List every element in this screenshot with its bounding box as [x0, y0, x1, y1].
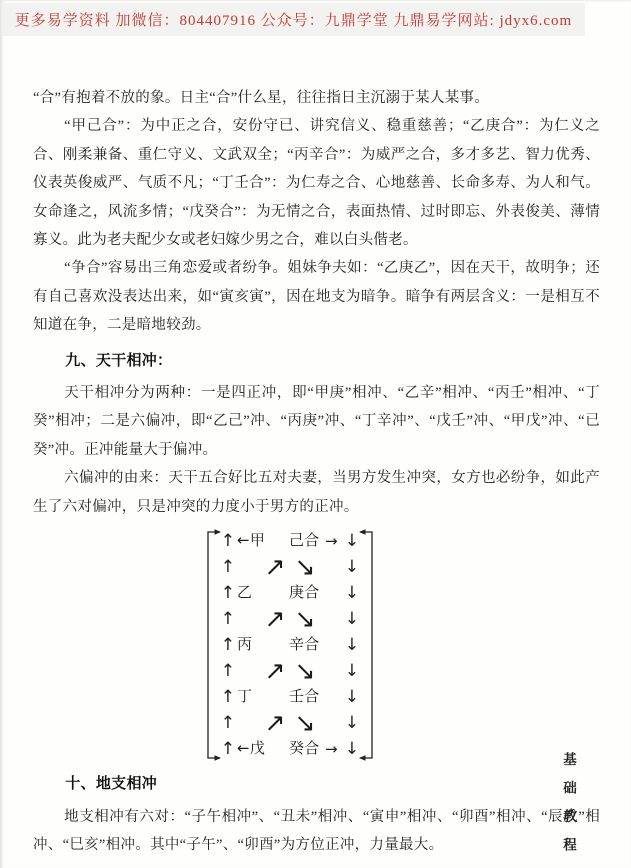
up-arrow-icon: ↑: [219, 657, 237, 685]
side-vertical-label: 基础教程: [558, 752, 578, 866]
diagram-row-diagonal: ↑ ↗↘ ↓: [219, 606, 361, 632]
up-arrow-icon: ↑: [219, 683, 237, 711]
down-arrow-icon: ↓: [343, 605, 361, 633]
stem-char: 甲: [250, 533, 265, 549]
up-arrow-icon: ↑: [219, 605, 237, 633]
section-heading-10: 十、地支相冲: [33, 770, 600, 798]
diagram-row-diagonal: ↑ ↗↘ ↓: [219, 710, 361, 736]
diagram-row-wu-gui: ↑ ←戊 癸合 → ↓: [219, 736, 361, 762]
diagram-row-diagonal: ↑ ↗↘ ↓: [219, 554, 361, 580]
diagram-row-yi-geng: ↑ 乙 庚合 ↓: [219, 580, 361, 606]
down-arrow-icon: ↓: [343, 631, 361, 659]
paragraph-pianchong-origin: 六偏冲的由来：天干五合好比五对夫妻，当男方发生冲突，女方也必纷争，如此产生了六对…: [33, 464, 600, 521]
diagonal-arrows-icon: ↗↘: [237, 658, 343, 684]
left-arrow-icon: ←: [237, 531, 250, 549]
down-arrow-icon: ↓: [343, 683, 361, 711]
page-content: “合”有抱着不放的象。日主“合”什么星，往往指日主沉溺于某人某事。 “甲己合”：…: [33, 84, 600, 859]
right-arrow-icon: →: [325, 527, 343, 555]
diagram-row-diagonal: ↑ ↗↘ ↓: [219, 658, 361, 684]
right-arrow-icon: →: [325, 735, 343, 763]
header-bar: 更多易学资料 加微信：804407916 公众号：九鼎学堂 九鼎易学网站: jd…: [2, 3, 585, 36]
down-arrow-icon: ↓: [343, 735, 361, 763]
combine-label: 壬合: [289, 683, 325, 711]
combine-label: 庚合: [289, 579, 325, 607]
paragraph-five-combinations: “甲己合”：为中正之合，安份守已、讲究信义、稳重慈善；“乙庚合”：为仁义之合、刚…: [33, 112, 600, 254]
down-arrow-icon: ↓: [343, 527, 361, 555]
diagram-row-jia-ji: ↑ ←甲 己合 → ↓: [219, 528, 361, 554]
stem-char: 丙: [237, 637, 252, 653]
diagonal-arrows-icon: ↗↘: [237, 554, 343, 580]
paragraph-he-intro: “合”有抱着不放的象。日主“合”什么星，往往指日主沉溺于某人某事。: [33, 84, 600, 112]
section-heading-9: 九、天干相冲：: [33, 347, 600, 375]
right-bracket-icon: [359, 527, 375, 763]
down-arrow-icon: ↓: [343, 657, 361, 685]
up-arrow-icon: ↑: [219, 527, 237, 555]
up-arrow-icon: ↑: [219, 553, 237, 581]
diagram-row-ding-ren: ↑ 丁 壬合 ↓: [219, 684, 361, 710]
up-arrow-icon: ↑: [219, 709, 237, 737]
diagonal-arrows-icon: ↗↘: [237, 606, 343, 632]
down-arrow-icon: ↓: [343, 553, 361, 581]
down-arrow-icon: ↓: [343, 709, 361, 737]
stem-char: 丁: [237, 689, 252, 705]
up-arrow-icon: ↑: [219, 631, 237, 659]
paragraph-zhenghe: “争合”容易出三角恋爱或者纷争。姐妹争夫如：“乙庚乙”，因在天干，故明争；还有自…: [33, 254, 600, 339]
left-arrow-icon: ←: [237, 739, 250, 757]
stem-char: 乙: [237, 585, 252, 601]
paragraph-branch-clash: 地支相冲有六对：“子午相冲”、“丑未”相冲、“寅申”相冲、“卯酉”相冲、“辰戌”…: [33, 803, 600, 860]
paragraph-stem-clash-types: 天干相冲分为两种：一是四正冲，即“甲庚”相冲、“乙辛”相冲、“丙壬”相冲、“丁癸…: [33, 379, 600, 464]
stem-char: 戊: [250, 741, 265, 757]
combine-label: 辛合: [289, 631, 325, 659]
combine-label: 癸合: [289, 735, 325, 763]
up-arrow-icon: ↑: [219, 579, 237, 607]
combine-label: 己合: [289, 527, 325, 555]
diagonal-arrows-icon: ↗↘: [237, 710, 343, 736]
scanned-book-page: 更多易学资料 加微信：804407916 公众号：九鼎学堂 九鼎易学网站: jd…: [0, 0, 631, 868]
up-arrow-icon: ↑: [219, 735, 237, 763]
down-arrow-icon: ↓: [343, 579, 361, 607]
diagram-row-bing-xin: ↑ 丙 辛合 ↓: [219, 632, 361, 658]
stems-clash-diagram: ↑ ←甲 己合 → ↓ ↑ ↗↘ ↓ ↑ 乙 庚合: [205, 527, 375, 763]
diagram-rows: ↑ ←甲 己合 → ↓ ↑ ↗↘ ↓ ↑ 乙 庚合: [219, 528, 361, 762]
header-text: 更多易学资料 加微信：804407916 公众号：九鼎学堂 九鼎易学网站: jd…: [15, 9, 572, 30]
